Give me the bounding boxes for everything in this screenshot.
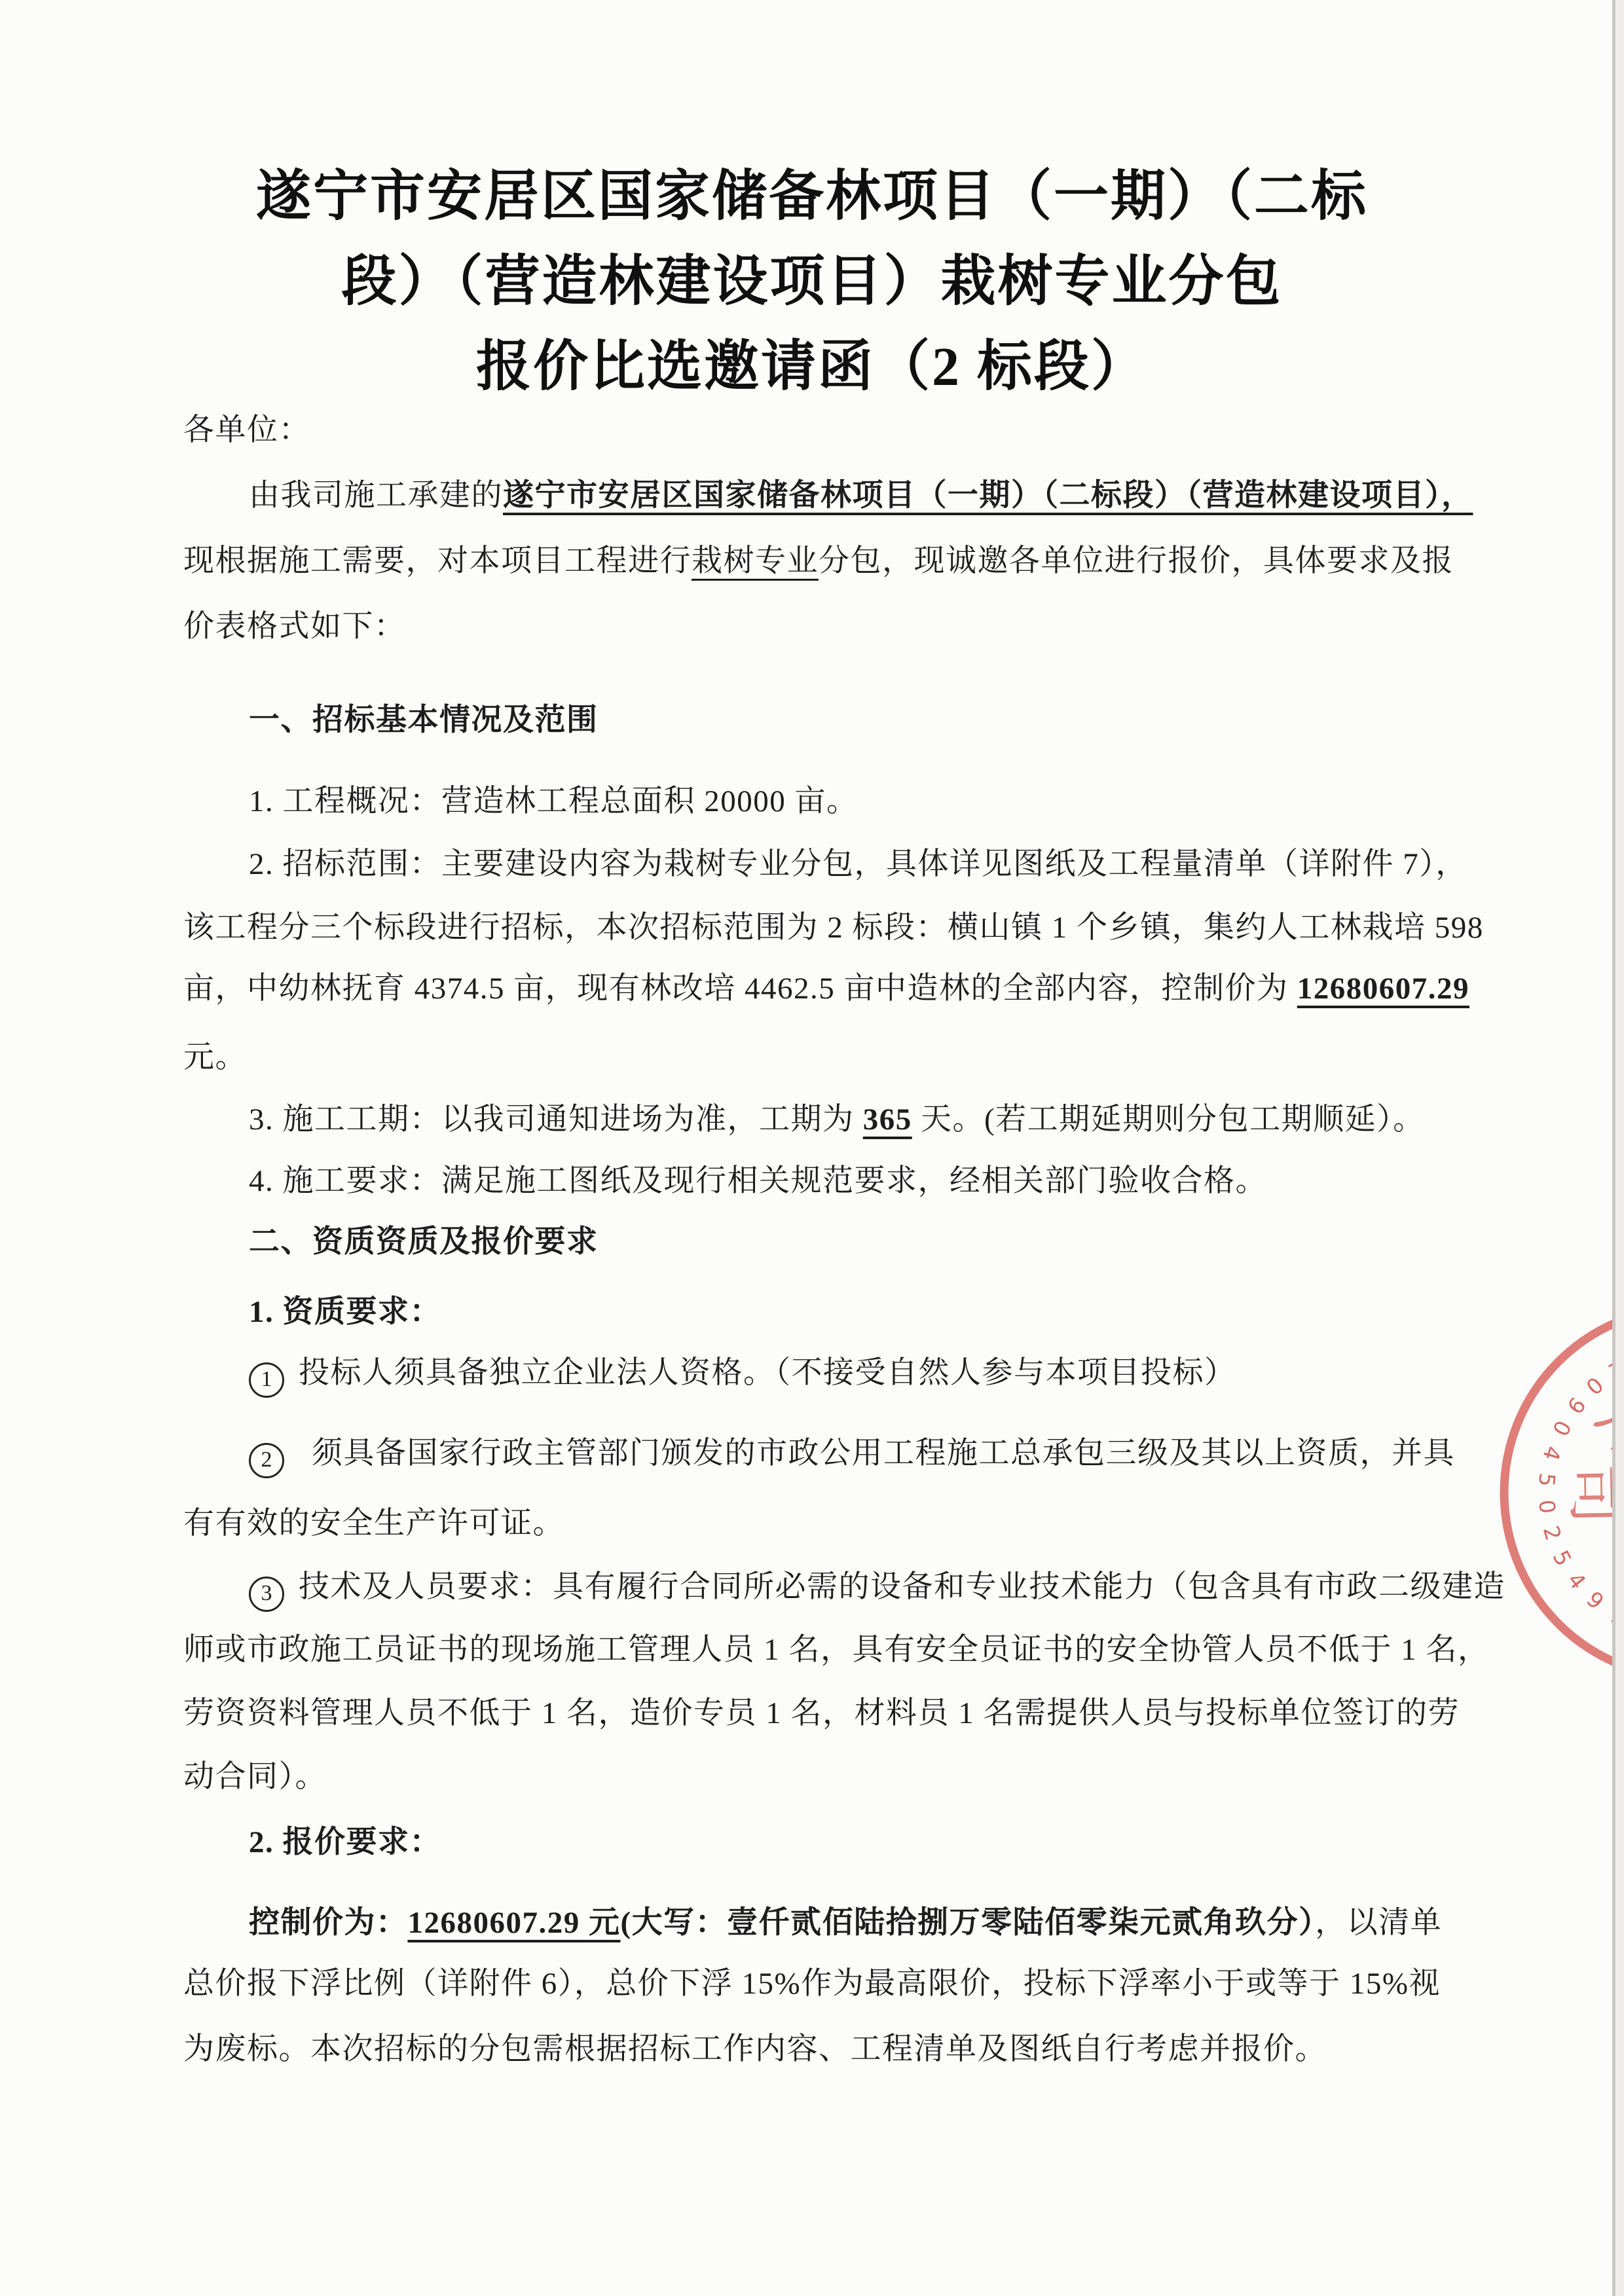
document-title-line-2: 段）（营造林建设项目）栽树专业分包 xyxy=(0,237,1624,316)
qualification-subheading: 1. 资质要求： xyxy=(249,1294,441,1330)
quotation-subheading: 2. 报价要求： xyxy=(249,1825,441,1860)
item-3-post: 天。(若工期延期则分包工期顺延）。 xyxy=(912,1102,1425,1137)
subcontract-type-underlined: 栽树专业 xyxy=(692,544,819,578)
section-1-item-4: 4. 施工要求：满足施工图纸及现行相关规范要求，经相关部门验收合格。 xyxy=(249,1163,1267,1199)
project-name-emphasis: 遂宁市安居区国家储备林项目（一期）（二标段）（营造林建设项目）， xyxy=(503,479,1473,513)
section-1-item-2-line-1: 2. 招标范围：主要建设内容为栽树专业分包，具体详见图纸及工程量清单（详附件 7… xyxy=(249,847,1467,882)
control-price-line-2: 总价报下浮比例（详附件 6），总价下浮 15%作为最高限价，投标下浮率小于或等于… xyxy=(183,1966,1441,2001)
section-1-item-2-line-3: 亩，中幼林抚育 4374.5 亩，现有林改培 4462.5 亩中造林的全部内容，… xyxy=(183,971,1469,1006)
seal-serial-digit: 5 xyxy=(1534,1472,1560,1487)
qualification-item-3-line-1: 3技术及人员要求：具有履行合同所必需的设备和专业技术能力（包含具有市政二级建造 xyxy=(249,1569,1505,1612)
qualification-item-3-line-3: 劳资资料管理人员不低于 1 名，造价专员 1 名，材料员 1 名需提供人员与投标… xyxy=(183,1696,1460,1731)
qualification-item-3-line-2: 师或市政施工员证书的现场施工管理人员 1 名，具有安全员证书的安全协管人员不低于… xyxy=(183,1632,1490,1667)
document-title-line-1: 遂宁市安居区国家储备林项目（一期）（二标 xyxy=(0,152,1624,231)
circled-number-1: 1 xyxy=(249,1362,284,1398)
section-1-item-3: 3. 施工工期：以我司通知进场为准，工期为 365 天。(若工期延期则分包工期顺… xyxy=(249,1102,1425,1137)
section-2-heading: 二、资质资质及报价要求 xyxy=(249,1224,599,1260)
circled-number-2: 2 xyxy=(249,1443,284,1478)
intro-line-1: 由我司施工承建的遂宁市安居区国家储备林项目（一期）（二标段）（营造林建设项目）， xyxy=(249,478,1473,513)
item-2-line-3-text: 亩，中幼林抚育 4374.5 亩，现有林改培 4462.5 亩中造林的全部内容，… xyxy=(183,972,1297,1006)
seal-serial-digit: 4 xyxy=(1562,1567,1591,1594)
control-price-value: 12680607.29 xyxy=(1297,972,1469,1006)
seal-serial-digit: 9 xyxy=(1562,1392,1591,1418)
intro-line-3: 价表格式如下： xyxy=(183,609,406,644)
qualification-item-3-line-4: 动合同）。 xyxy=(183,1759,327,1795)
company-seal-stamp: 5109045025497 安 司 xyxy=(1493,1303,1624,1696)
qualification-item-1-text: 投标人须具备独立企业法人资格。（不接受自然人参与本项目投标） xyxy=(299,1356,1236,1390)
salutation: 各单位： xyxy=(183,412,310,448)
intro-line-2-pre: 现根据施工需要，对本项目工程进行 xyxy=(183,544,692,578)
item-3-pre: 3. 施工工期：以我司通知进场为准，工期为 xyxy=(249,1102,863,1137)
scanned-document-page: { "doc": { "title": { "line1": "遂宁市安居区国家… xyxy=(0,0,1624,2296)
seal-serial-digit: 0 xyxy=(1534,1499,1560,1515)
section-1-item-2-line-2: 该工程分三个标段进行招标，本次招标范围为 2 标段：横山镇 1 个乡镇，集约人工… xyxy=(183,910,1484,945)
qualification-item-2-line-1: 2须具备国家行政主管部门颁发的市政公用工程施工总承包三级及其以上资质，并具 xyxy=(249,1436,1455,1478)
scan-page-edge-margin xyxy=(1615,0,1624,2296)
control-price-amount: 12680607.29 元 xyxy=(408,1906,621,1940)
document-title-line-3: 报价比选邀请函（2 标段） xyxy=(0,322,1624,401)
intro-line-2: 现根据施工需要，对本项目工程进行栽树专业分包，现诚邀各单位进行报价，具体要求及报 xyxy=(183,543,1454,579)
qualification-item-2-line-2: 有有效的安全生产许可证。 xyxy=(183,1506,564,1541)
section-1-item-1: 1. 工程概况：营造林工程总面积 20000 亩。 xyxy=(249,784,858,819)
seal-serial-digit: 4 xyxy=(1538,1443,1566,1463)
qualification-item-3-text: 技术及人员要求：具有履行合同所必需的设备和专业技术能力（包含具有市政二级建造 xyxy=(299,1570,1505,1604)
control-price-line-1: 控制价为：12680607.29 元(大写：壹仟贰佰陆拾捌万零陆佰零柒元贰角玖分… xyxy=(249,1905,1442,1941)
control-price-label: 控制价为： xyxy=(249,1906,408,1940)
qualification-item-1: 1投标人须具备独立企业法人资格。（不接受自然人参与本项目投标） xyxy=(249,1355,1236,1398)
section-1-heading: 一、招标基本情况及范围 xyxy=(249,702,599,738)
circled-number-3: 3 xyxy=(249,1576,284,1612)
control-price-line-3: 为废标。本次招标的分包需根据招标工作内容、工程清单及图纸自行考虑并报价。 xyxy=(183,2032,1327,2067)
seal-serial-digit: 5 xyxy=(1547,1546,1576,1571)
seal-serial-digit: 9 xyxy=(1581,1586,1608,1614)
intro-lead: 由我司施工承建的 xyxy=(249,479,503,513)
control-price-capitals: (大写：壹仟贰佰陆拾捌万零陆佰零柒元贰角玖分） xyxy=(621,1906,1316,1940)
section-1-item-2-line-4: 元。 xyxy=(183,1040,247,1075)
intro-line-2-post: 分包，现诚邀各单位进行报价，具体要求及报 xyxy=(819,544,1454,578)
duration-days-value: 365 xyxy=(863,1102,912,1137)
qualification-item-2-text: 须具备国家行政主管部门颁发的市政公用工程施工总承包三级及其以上资质，并具 xyxy=(312,1436,1455,1470)
seal-serial-digit: 0 xyxy=(1547,1416,1576,1440)
control-price-tail: ，以清单 xyxy=(1315,1906,1442,1940)
seal-serial-digit: 0 xyxy=(1581,1372,1608,1400)
seal-serial-digit: 2 xyxy=(1538,1523,1566,1543)
